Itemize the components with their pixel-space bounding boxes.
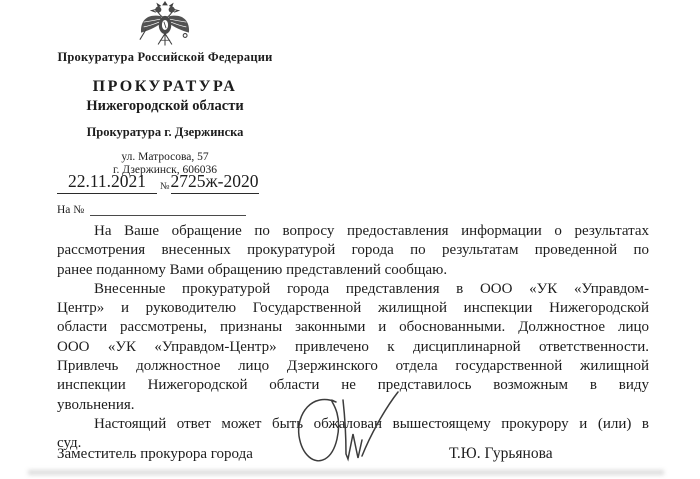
body-text-line: На Ваше обращение по вопросу предоставле… xyxy=(57,222,649,241)
letterhead-org-region: Нижегородской области xyxy=(56,98,274,115)
body-text-line: Внесенные прокуратурой города представле… xyxy=(57,280,649,299)
coat-of-arms-icon xyxy=(56,1,274,47)
incoming-number-row: На № xyxy=(57,203,267,216)
body-text-line: рассмотрения внесенных прокуратурой горо… xyxy=(57,241,649,260)
scan-artifact-band xyxy=(28,470,664,475)
letter-date: 22.11.2021 xyxy=(57,171,157,194)
incoming-number-blank-line xyxy=(90,203,246,216)
date-number-row: 22.11.2021 № 2725ж-2020 xyxy=(57,171,267,194)
body-text-line: ООО «УК «Управдом-Центр» привлечено к ди… xyxy=(57,338,649,357)
letterhead-office: Прокуратура г. Дзержинска xyxy=(56,125,274,140)
handwritten-signature-icon xyxy=(258,388,438,478)
letterhead: Прокуратура Российской Федерации ПРОКУРА… xyxy=(56,1,274,177)
body-text-line: ранее поданному Вами обращению представл… xyxy=(57,261,649,280)
letterhead-org-name: ПРОКУРАТУРА xyxy=(56,78,274,96)
signer-position: Заместитель прокурора города xyxy=(57,446,253,463)
scanned-letter-page: Прокуратура Российской Федерации ПРОКУРА… xyxy=(0,0,700,479)
number-sign: № xyxy=(157,181,171,194)
paragraph: На Ваше обращение по вопросу предоставле… xyxy=(57,222,649,280)
body-text-line: Центр» и руководителю Государственной жи… xyxy=(57,299,649,318)
letter-number: 2725ж-2020 xyxy=(171,171,259,194)
letterhead-federation: Прокуратура Российской Федерации xyxy=(56,50,274,65)
body-text-line: Привлечь должностное лицо Дзержинского о… xyxy=(57,357,649,376)
signer-name: Т.Ю. Гурьянова xyxy=(449,445,553,463)
incoming-number-label: На № xyxy=(57,204,90,216)
body-text-line: области рассмотрены, признаны законными … xyxy=(57,318,649,337)
reference-block: 22.11.2021 № 2725ж-2020 На № xyxy=(57,171,267,216)
address-line-street: ул. Матросова, 57 xyxy=(56,151,274,164)
